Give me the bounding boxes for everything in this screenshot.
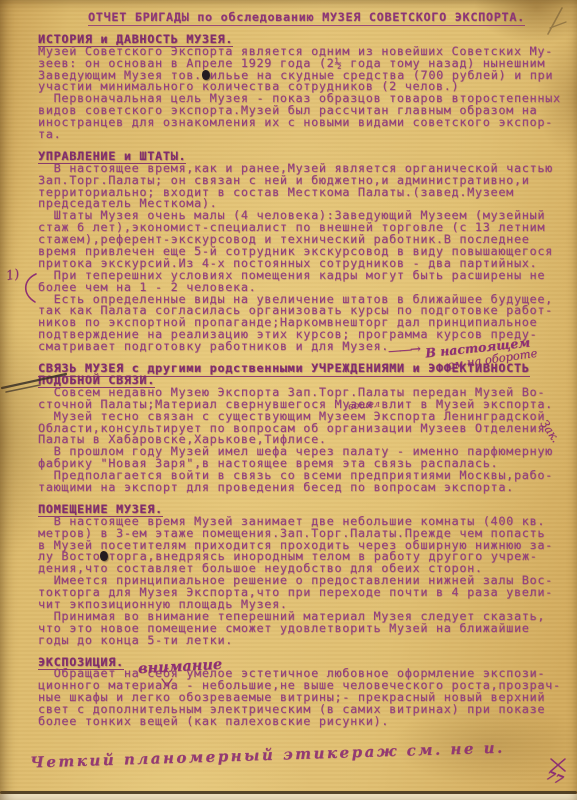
paragraph: В прошлом году Музей имел шефа через пал… <box>38 446 570 470</box>
document-title: ОТЧЕТ БРИГАДЫ по обследованию МУЗЕЯ СОВЕ… <box>88 12 570 24</box>
section-exposition: ЭКСПОЗИЦИЯ. Обращает на себя умелое эсте… <box>38 657 570 728</box>
ink-blot <box>202 70 210 80</box>
text-line: более тонких вещей (как палеховские рису… <box>38 716 570 728</box>
pencil-stroke-icon <box>0 366 70 394</box>
paragraph: В настоящее время Музей занимает две неб… <box>38 516 570 575</box>
paragraph: Первоначальная цель Музея - показ образц… <box>38 93 570 141</box>
text-line: годы до конца 5-ти летки. <box>38 635 570 647</box>
paragraph: Имеется принципиальное решение о предост… <box>38 575 570 611</box>
insertion-caret-icon <box>160 678 174 688</box>
section-management: УПРАВЛЕНИЕ и ШТАТЫ. В настоящее время,ка… <box>38 151 570 353</box>
document-body: ОТЧЕТ БРИГАДЫ по обследованию МУЗЕЯ СОВЕ… <box>38 8 570 728</box>
margin-brace-icon <box>18 272 40 304</box>
paragraph: Принимая во внимание теперешний материал… <box>38 611 570 647</box>
text-line: тающими на экспорт для проведения бесед … <box>38 482 570 494</box>
x-mark-icon <box>548 756 568 774</box>
paragraph: Музей Советского Экспорта является одним… <box>38 46 570 94</box>
bottom-handwritten-note: Четкий планомерный этикераж см. не и. <box>30 739 505 772</box>
text-line: та. <box>38 129 570 141</box>
corner-pencil-mark-icon <box>540 4 574 38</box>
next-page-edge <box>0 794 577 800</box>
scanned-document-page: ОТЧЕТ БРИГАДЫ по обследованию МУЗЕЯ СОВЕ… <box>0 0 577 800</box>
ink-blot <box>100 551 108 561</box>
paragraph: Обращает на себя умелое эстетичное любов… <box>38 668 570 727</box>
sections-container: ИСТОРИЯ и ДАВНОСТЬ МУЗЕЯ.Музей Советског… <box>38 34 570 728</box>
section-premises: ПОМЕЩЕНИЕ МУЗЕЯ. В настоящее время Музей… <box>38 504 570 647</box>
handwritten-arrow: ——→ <box>388 342 420 359</box>
paragraph: Музей тесно связан с существующим Музеем… <box>38 411 570 447</box>
paragraph: Штаты Музея очень малы (4 человека):Заве… <box>38 210 570 269</box>
paragraph: В настоящее время,как и ранее,Музей явля… <box>38 163 570 211</box>
section-connections: СВЯЗЬ МУЗЕЯ с другими родственными УЧРЕЖ… <box>38 363 570 494</box>
paragraph: При теперешних условиях помещения кадры … <box>38 270 570 294</box>
section-history: ИСТОРИЯ и ДАВНОСТЬ МУЗЕЯ.Музей Советског… <box>38 34 570 141</box>
paragraph: Совсем недавно Музею Экспорта Зап.Торг.П… <box>38 387 570 411</box>
paragraph: Предполагается войти в связь со всеми пр… <box>38 470 570 494</box>
text-line: иностранцев для ознакомления их с новыми… <box>38 117 570 129</box>
